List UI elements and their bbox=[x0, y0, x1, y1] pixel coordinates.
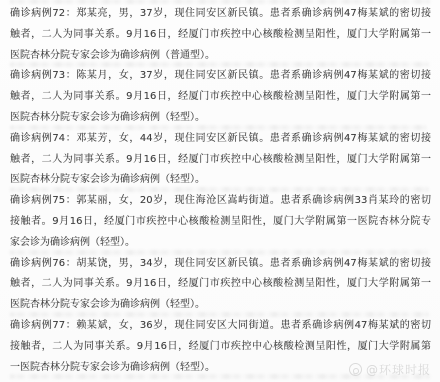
text-line: 接触者，二人为同事关系。9月16日，经厦门市疾控中心核酸检测呈阳性，厦门大学附属… bbox=[10, 337, 431, 358]
announcement-image: 确诊病例72：郑某亮，男，37岁，现住同安区新民镇。患者系确诊病例47梅某斌的密… bbox=[0, 0, 440, 382]
text-line: 医院杏林分院专家会诊为确诊病例（轻型）。 bbox=[10, 108, 431, 129]
text-line: 确诊病例72：郑某亮，男，37岁，现住同安区新民镇。患者系确诊病例47梅某斌的密… bbox=[10, 4, 431, 25]
case-paragraph-74: 确诊病例74：邓某芳，女，44岁，现住同安区新民镇。患者系确诊病例47梅某斌的密… bbox=[10, 129, 431, 191]
case-paragraph-75: 确诊病例75：郭某丽，女，20岁，现住海沧区嵩屿街道。患者系确诊病例33肖某玲的… bbox=[10, 191, 431, 253]
text-line: 家会诊为确诊病例（轻型）。 bbox=[10, 233, 431, 254]
watermark: @环球时报 bbox=[349, 361, 431, 378]
case-paragraph-76: 确诊病例76：胡某饶，男，34岁，现住同安区新民镇。患者系确诊病例47梅某斌的密… bbox=[10, 254, 431, 316]
text-line: 确诊病例77：赖某斌，女，36岁，现住同安区大同街道。患者系确诊病例47梅某斌的… bbox=[10, 316, 431, 337]
text-line: 确诊病例75：郭某丽，女，20岁，现住海沧区嵩屿街道。患者系确诊病例33肖某玲的… bbox=[10, 191, 431, 212]
text-line: 接触者。9月16日，经厦门市疾控中心核酸检测呈阳性，厦门大学附属第一医院杏林分院… bbox=[10, 212, 431, 233]
case-paragraph-73: 确诊病例73：陈某月，女，37岁，现住同安区新民镇。患者系确诊病例47梅某斌的密… bbox=[10, 66, 431, 128]
text-line: 确诊病例73：陈某月，女，37岁，现住同安区新民镇。患者系确诊病例47梅某斌的密… bbox=[10, 66, 431, 87]
text-line: 医院杏林分院专家会诊为确诊病例（轻型）。 bbox=[10, 295, 431, 316]
text-line: 触者，二人为同事关系。9月16日，经厦门市疾控中心核酸检测呈阳性，厦门大学附属第… bbox=[10, 150, 431, 171]
text-line: 医院杏林分院专家会诊为确诊病例（普通型）。 bbox=[10, 46, 431, 67]
announcement-text: 确诊病例72：郑某亮，男，37岁，现住同安区新民镇。患者系确诊病例47梅某斌的密… bbox=[10, 4, 431, 378]
case-paragraph-72: 确诊病例72：郑某亮，男，37岁，现住同安区新民镇。患者系确诊病例47梅某斌的密… bbox=[10, 4, 431, 66]
text-line: 确诊病例76：胡某饶，男，34岁，现住同安区新民镇。患者系确诊病例47梅某斌的密… bbox=[10, 254, 431, 275]
text-line: 触者，二人为同事关系。9月16日，经厦门市疾控中心核酸检测呈阳性，厦门大学附属第… bbox=[10, 25, 431, 46]
text-line: 医院杏林分院专家会诊为确诊病例（轻型）。 bbox=[10, 170, 431, 191]
weibo-eye-icon bbox=[349, 363, 362, 376]
text-line: 确诊病例74：邓某芳，女，44岁，现住同安区新民镇。患者系确诊病例47梅某斌的密… bbox=[10, 129, 431, 150]
text-line: 触者，二人为同事关系。9月16日，经厦门市疾控中心核酸检测呈阳性，厦门大学附属第… bbox=[10, 87, 431, 108]
text-line: 触者，二人为同事关系。9月16日，经厦门市疾控中心核酸检测呈阳性，厦门大学附属第… bbox=[10, 274, 431, 295]
watermark-handle: @环球时报 bbox=[366, 361, 431, 378]
